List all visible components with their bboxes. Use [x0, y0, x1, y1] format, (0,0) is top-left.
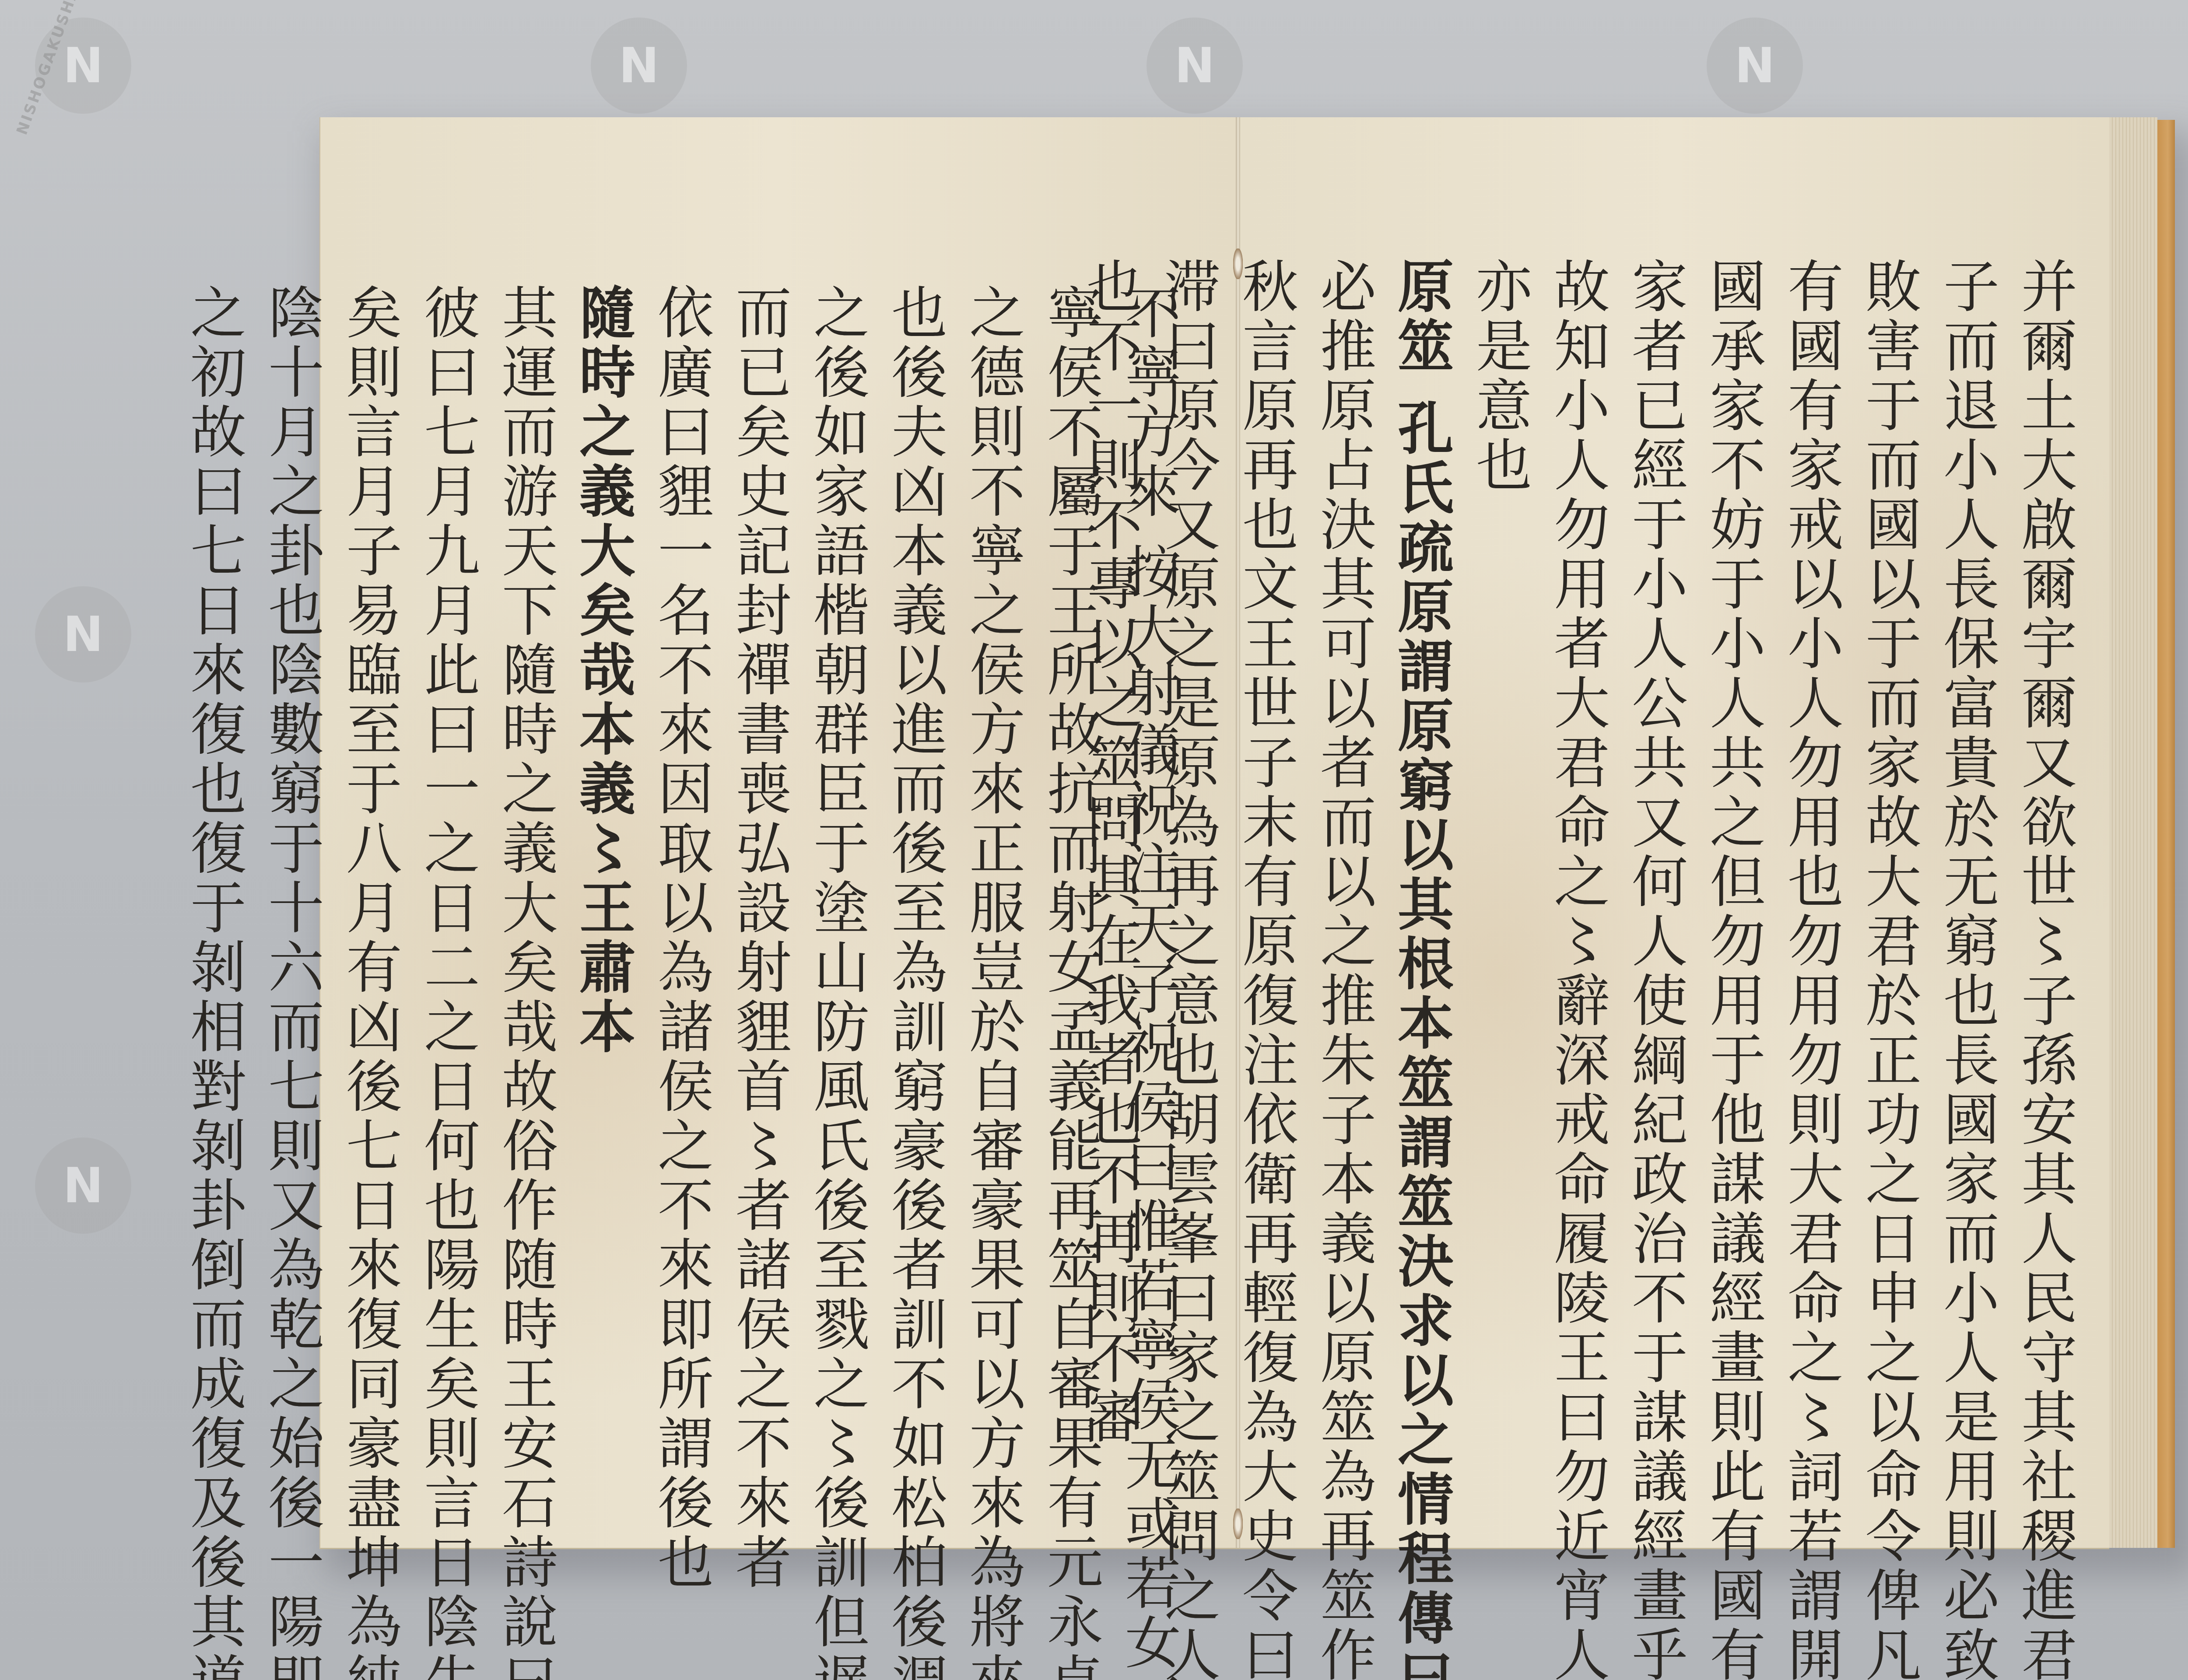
text-column: 并爾土大啟爾宇爾又欲世〻子孫安其人民守其社稷進君	[2005, 257, 2083, 1491]
right-page-text: 并爾土大啟爾宇爾又欲世〻子孫安其人民守其社稷進君 子而退小人長保富貴於无窮也長國…	[1070, 257, 2083, 1491]
left-page-text: 不寧方來 按大射儀祝注天子祝侯曰惟若寧侯无或若女不 寧侯不屬于王所故抗而射女孟義…	[174, 283, 1187, 1487]
watermark-logo-icon: N	[1707, 17, 1803, 114]
text-column: 亦是意也	[1460, 257, 1538, 1491]
text-column: 故知小人勿用者大君命之〻辭深戒命履陵王曰勿近宵人	[1538, 257, 1616, 1491]
text-column: 國承家不妨于小人共之但勿用于他謀議經畫則此有國有	[1694, 257, 1771, 1491]
text-column: 陰十月之卦也陰數窮于十六而七則又為乾之始後一陽即乾	[252, 283, 330, 1487]
binding-thread-top	[1233, 248, 1243, 279]
text-column: 之初故曰七日來復也復于剝相對剝卦倒而成復及後其道	[174, 283, 252, 1487]
watermark-logo-icon: N	[35, 586, 131, 682]
text-column: 依廣曰貍一名不來因取以為諸侯之不來即所謂後也	[642, 283, 719, 1487]
page-stack-edge	[2109, 117, 2157, 1548]
text-column: 之後如家語楷朝群臣于塗山防風氏後至戮之〻後訓但遅	[797, 283, 875, 1487]
right-page: 并爾土大啟爾宇爾又欲世〻子孫安其人民守其社稷進君 子而退小人長保富貴於无窮也長國…	[1238, 117, 2109, 1549]
watermark-logo-icon: N	[35, 1137, 131, 1234]
text-column: 矣則言月子易臨至于八月有凶後七日來復同豪盡坤為純	[330, 283, 408, 1487]
text-column: 子而退小人長保富貴於无窮也長國家而小人是用則必致	[1927, 257, 2005, 1491]
book-spine	[1236, 117, 1240, 1548]
text-column: 彼曰七月九月此曰一之日二之日何也陽生矣則言日陰生	[408, 283, 486, 1487]
text-column: 家者已經于小人公共又何人使綱紀政治不于謀議經畫乎	[1616, 257, 1694, 1491]
text-column: 也不一則不專以之筮問其在我者也不再則不審	[1070, 257, 1148, 1491]
text-column: 滞曰原今又原之是原為再之意也胡雲峯曰家之筮問之人者	[1148, 257, 1226, 1491]
section-heading-column: 原筮 孔氏疏原謂原窮以其根本筮謂筮決求以之情程傳曰	[1382, 257, 1460, 1491]
text-column: 而已矣史記封禪書喪弘設射貍首〻者諸侯之不來者	[719, 283, 797, 1487]
book-cover-edge	[2157, 120, 2175, 1548]
section-heading-column: 隨時之義大矣哉本義〻王肅本	[564, 283, 642, 1487]
watermark-logo-icon: N	[1147, 17, 1243, 114]
binding-thread-bottom	[1233, 1508, 1243, 1539]
text-column: 必推原占決其可以者而以之推朱子本義以原筮為再筮作雅	[1304, 257, 1382, 1491]
text-column: 之德則不寧之侯方來正服豈於自審豪果可以方來為將來	[953, 283, 1031, 1487]
text-column: 其運而游天下隨時之義大矣哉故俗作随時王安石詩說曰	[486, 283, 564, 1487]
open-book: 不寧方來 按大射儀祝注天子祝侯曰惟若寧侯无或若女不 寧侯不屬于王所故抗而射女孟義…	[319, 117, 2175, 1548]
text-column: 也後夫凶本義以進而後至為訓窮豪後者訓不如松柏後淍	[875, 283, 953, 1487]
watermark-logo-icon: N	[591, 17, 687, 114]
text-column: 有國有家戒以小人勿用也勿用勿則大君命之〻詞若謂開	[1771, 257, 1849, 1491]
text-column: 敗害于而國以于而家故大君於正功之日申之以命令俾凡	[1849, 257, 1927, 1491]
